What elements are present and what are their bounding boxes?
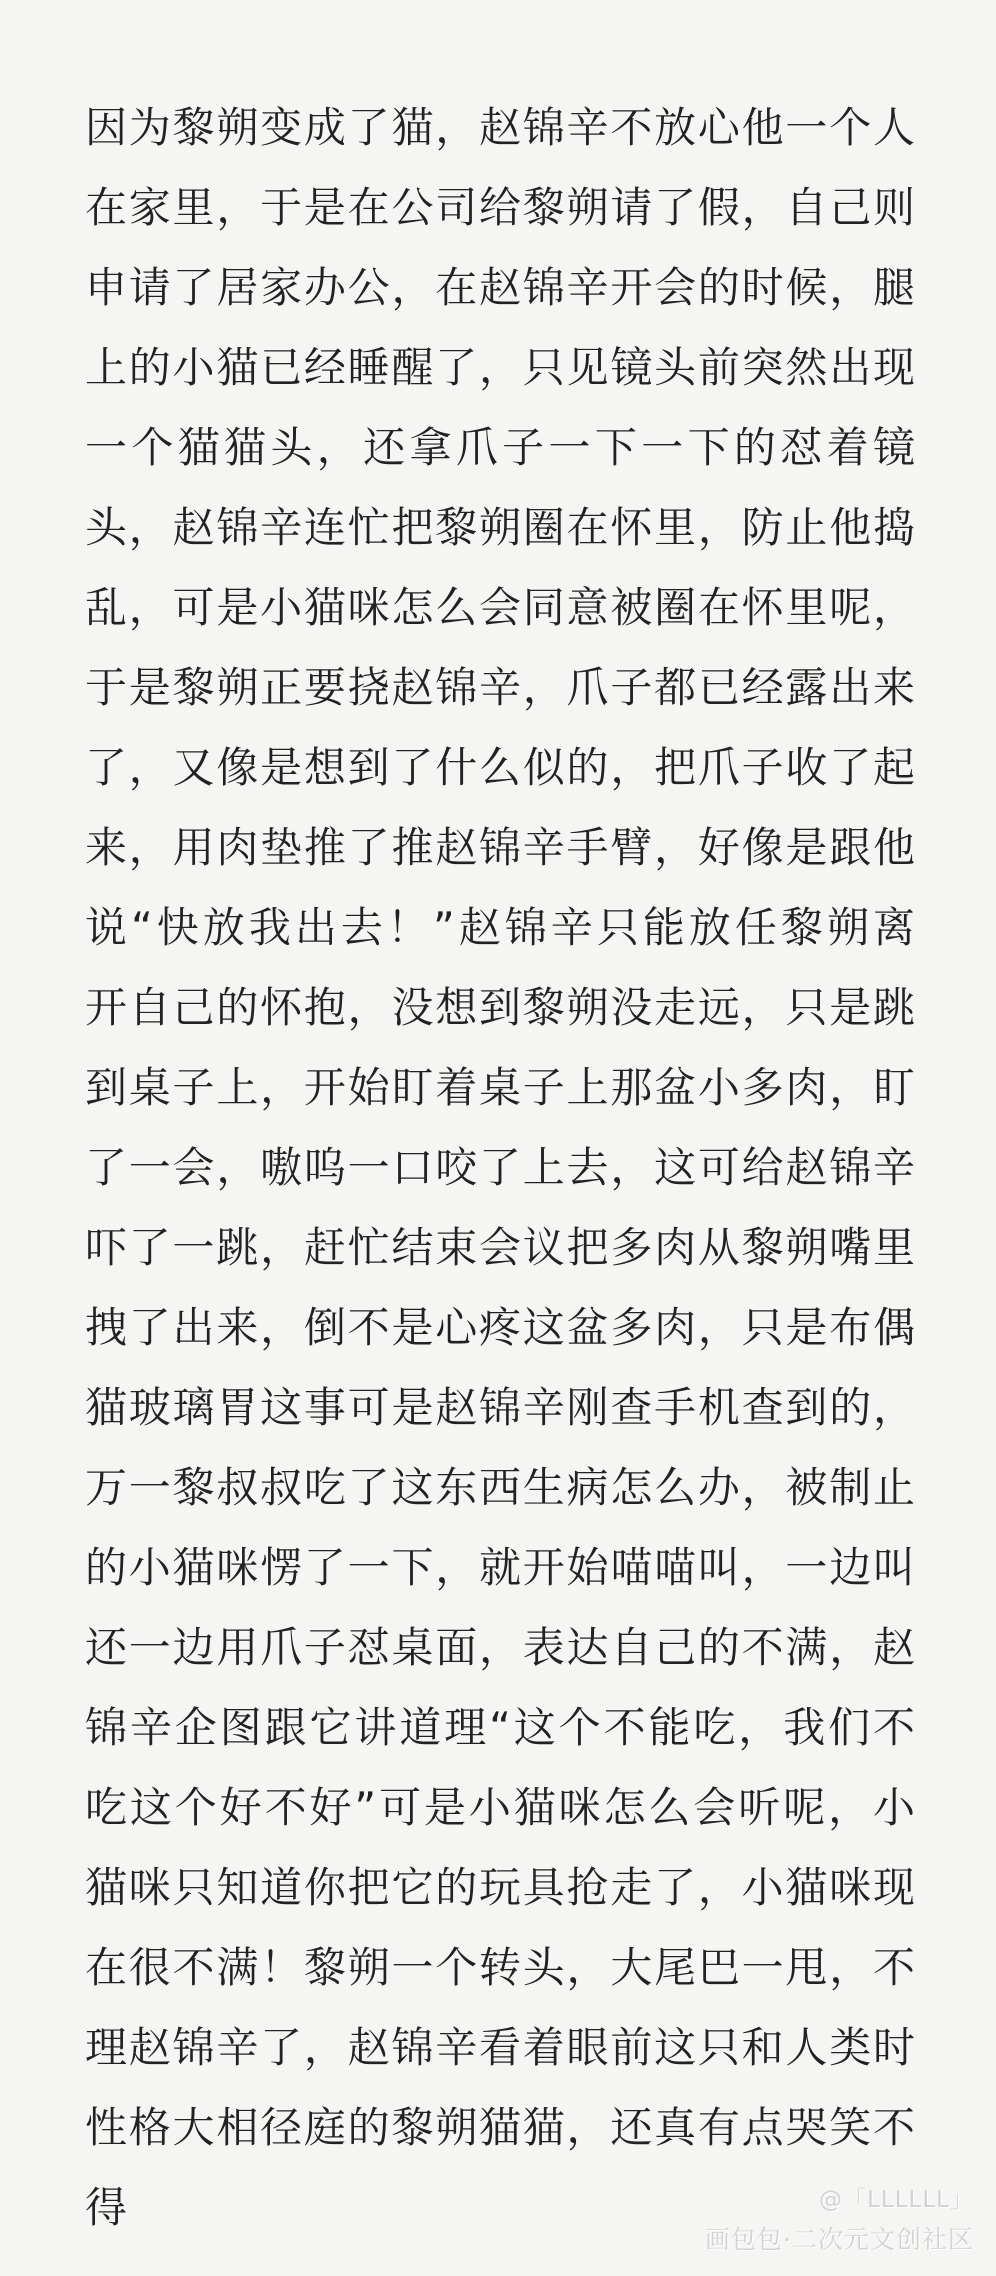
story-line: 头，赵锦辛连忙把黎朔圈在怀里，防止他捣 bbox=[85, 488, 915, 568]
story-line: 锦辛企图跟它讲道理“这个不能吃，我们不 bbox=[85, 1688, 915, 1768]
story-line: 在很不满！黎朔一个转头，大尾巴一甩，不 bbox=[85, 1928, 915, 2008]
story-line: 猫玻璃胃这事可是赵锦辛刚查手机查到的， bbox=[85, 1368, 915, 1448]
story-line: 一个猫猫头，还拿爪子一下一下的怼着镜 bbox=[85, 408, 915, 488]
watermark: @「LLLLLL」 画包包·二次元文创社区 bbox=[705, 2180, 974, 2260]
story-line: 理赵锦辛了，赵锦辛看着眼前这只和人类时 bbox=[85, 2008, 915, 2088]
story-text: 因为黎朔变成了猫，赵锦辛不放心他一个人 在家里，于是在公司给黎朔请了假，自己则 … bbox=[85, 88, 915, 2248]
story-line: 还一边用爪子怼桌面，表达自己的不满，赵 bbox=[85, 1608, 915, 1688]
story-line: 申请了居家办公，在赵锦辛开会的时候，腿 bbox=[85, 248, 915, 328]
story-line: 开自己的怀抱，没想到黎朔没走远，只是跳 bbox=[85, 968, 915, 1048]
story-line: 在家里，于是在公司给黎朔请了假，自己则 bbox=[85, 168, 915, 248]
story-line: 因为黎朔变成了猫，赵锦辛不放心他一个人 bbox=[85, 88, 915, 168]
story-line: 性格大相径庭的黎朔猫猫，还真有点哭笑不 bbox=[85, 2088, 915, 2168]
story-line: 猫咪只知道你把它的玩具抢走了，小猫咪现 bbox=[85, 1848, 915, 1928]
story-page: 因为黎朔变成了猫，赵锦辛不放心他一个人 在家里，于是在公司给黎朔请了假，自己则 … bbox=[0, 0, 996, 2276]
story-line: 拽了出来，倒不是心疼这盆多肉，只是布偶 bbox=[85, 1288, 915, 1368]
story-line: 吓了一跳，赶忙结束会议把多肉从黎朔嘴里 bbox=[85, 1208, 915, 1288]
story-line: 于是黎朔正要挠赵锦辛，爪子都已经露出来 bbox=[85, 648, 915, 728]
story-line: 吃这个好不好”可是小猫咪怎么会听呢，小 bbox=[85, 1768, 915, 1848]
watermark-credit: @「LLLLLL」 bbox=[705, 2180, 974, 2220]
story-line: 的小猫咪愣了一下，就开始喵喵叫，一边叫 bbox=[85, 1528, 915, 1608]
story-line: 到桌子上，开始盯着桌子上那盆小多肉，盯 bbox=[85, 1048, 915, 1128]
story-line: 了，又像是想到了什么似的，把爪子收了起 bbox=[85, 728, 915, 808]
watermark-site: 画包包·二次元文创社区 bbox=[705, 2220, 974, 2260]
story-line: 万一黎叔叔吃了这东西生病怎么办，被制止 bbox=[85, 1448, 915, 1528]
story-line: 来，用肉垫推了推赵锦辛手臂，好像是跟他 bbox=[85, 808, 915, 888]
story-line: 说“快放我出去！”赵锦辛只能放任黎朔离 bbox=[85, 888, 915, 968]
story-line: 上的小猫已经睡醒了，只见镜头前突然出现 bbox=[85, 328, 915, 408]
story-line: 了一会，嗷呜一口咬了上去，这可给赵锦辛 bbox=[85, 1128, 915, 1208]
story-line: 乱，可是小猫咪怎么会同意被圈在怀里呢， bbox=[85, 568, 915, 648]
